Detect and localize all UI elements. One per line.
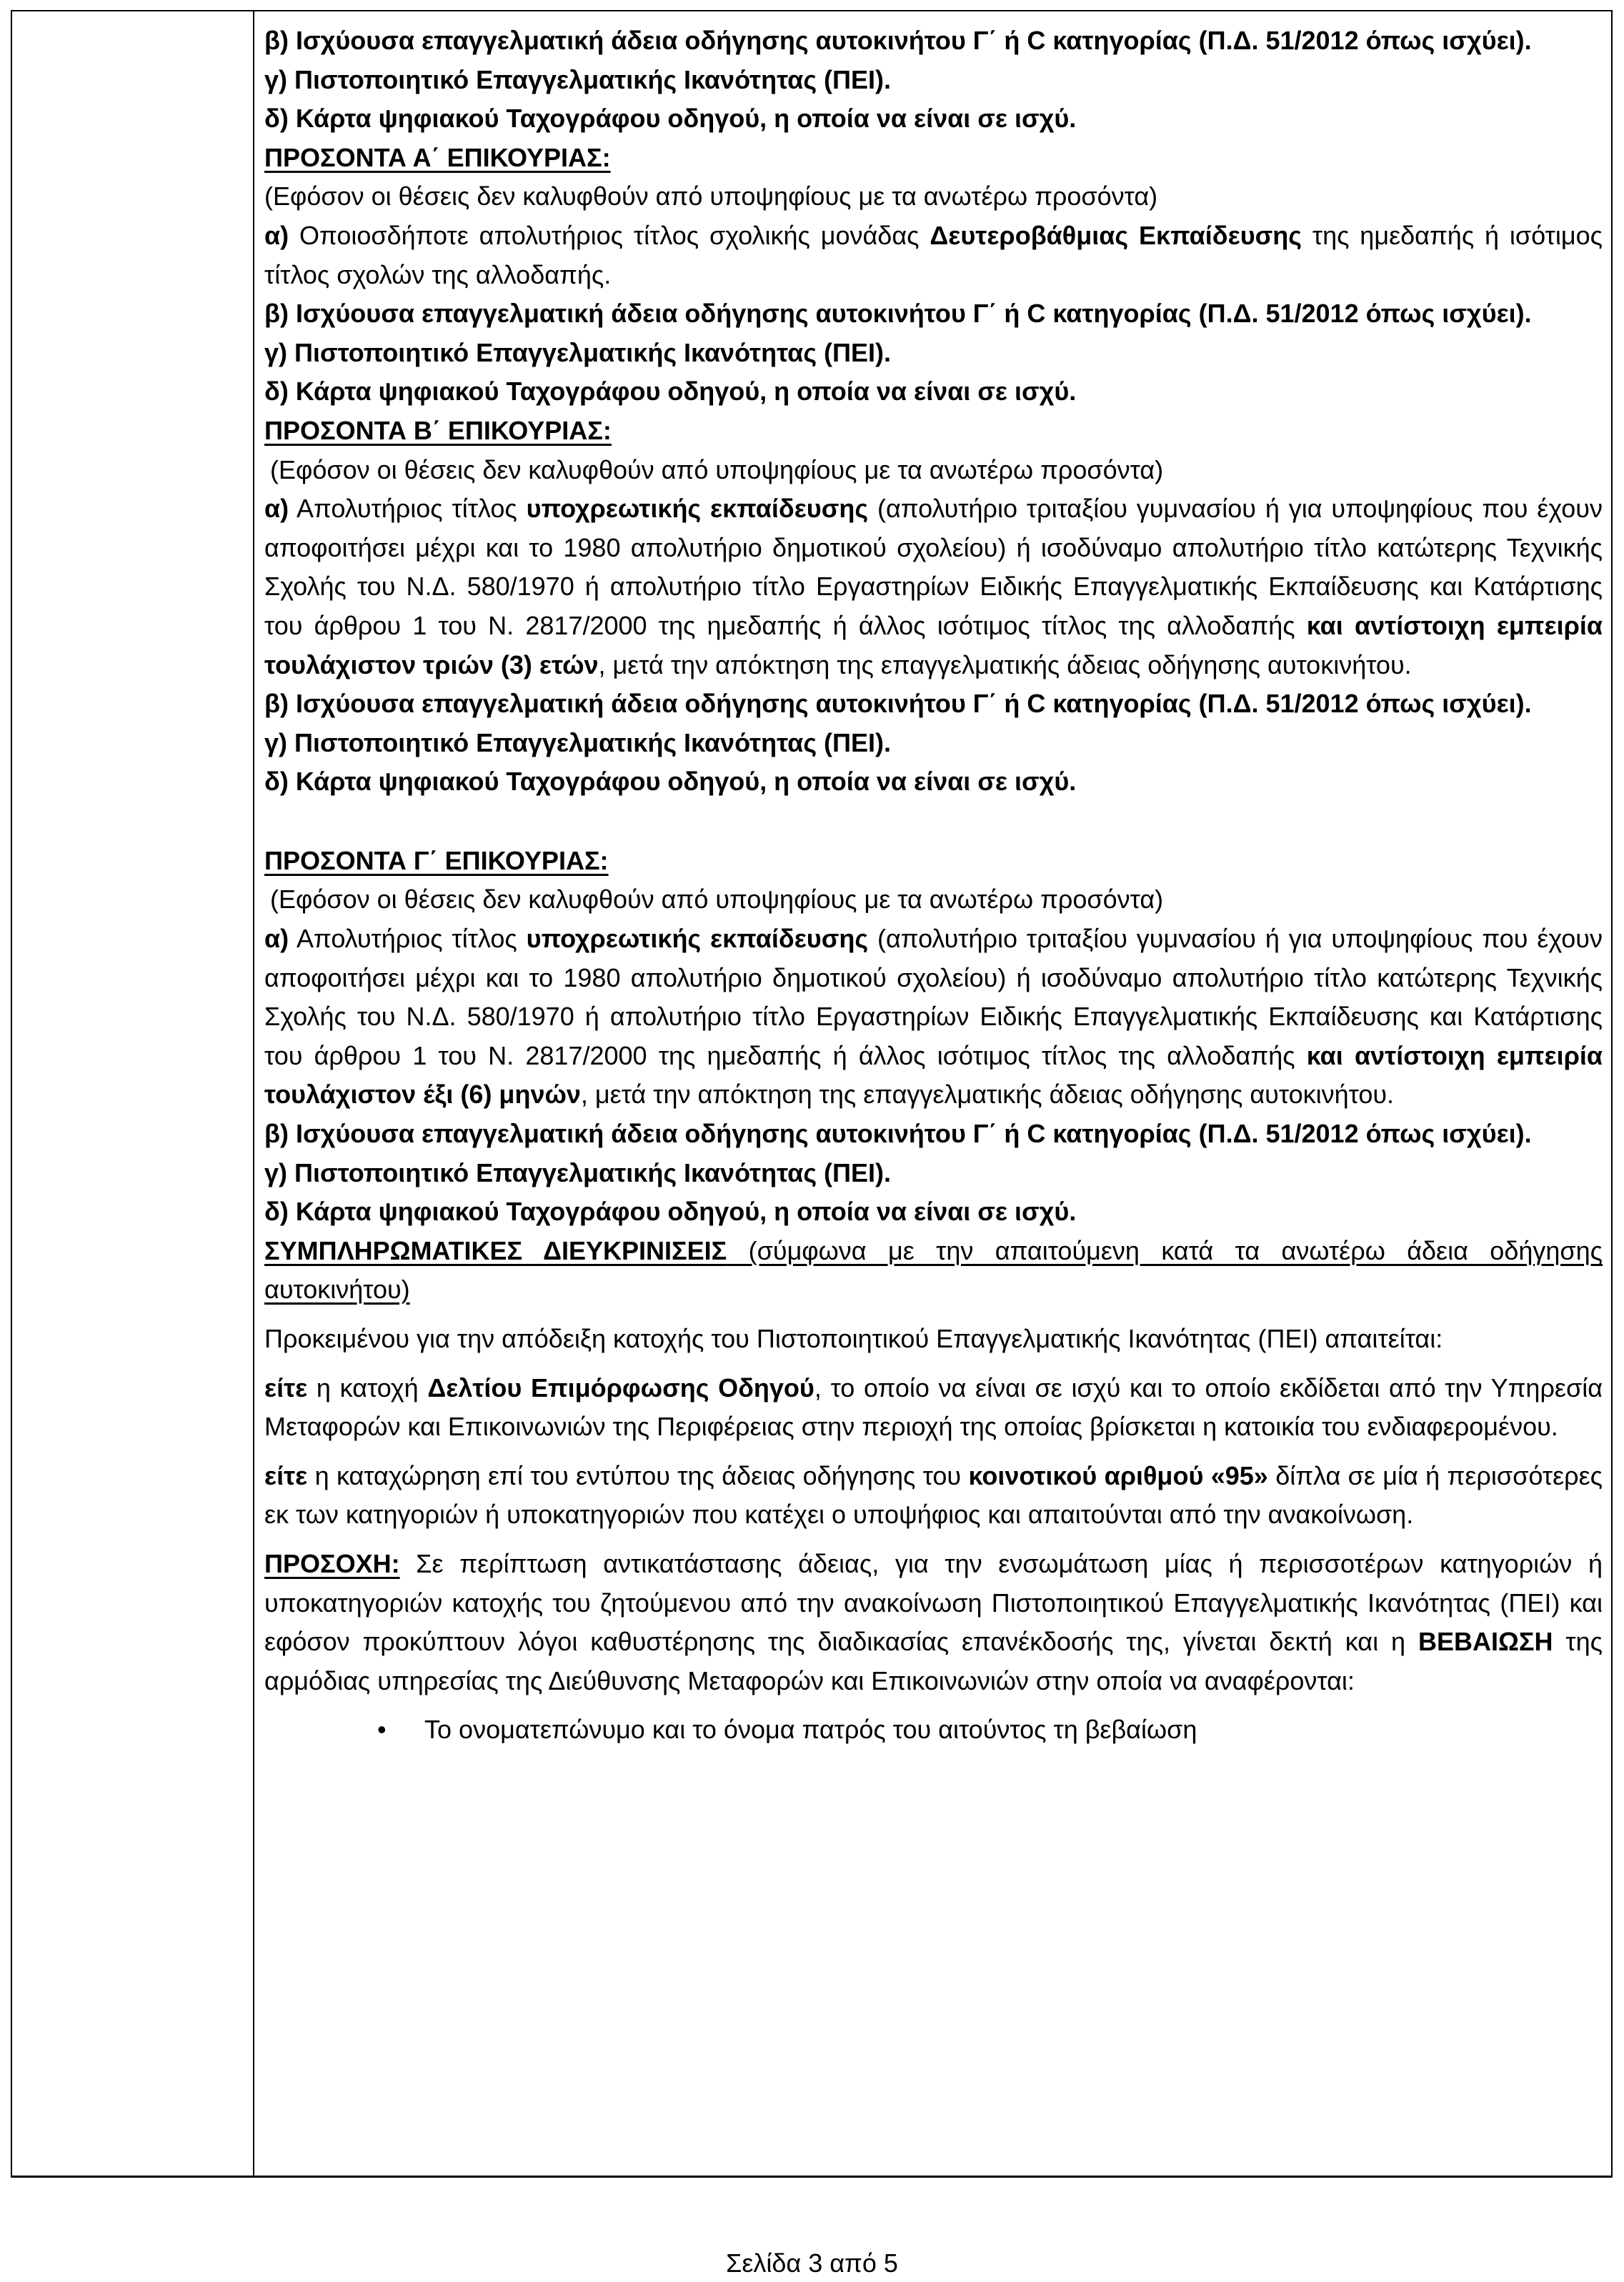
paragraph: β) Ισχύουσα επαγγελματική άδεια οδήγησης…: [264, 684, 1603, 724]
text-segment: γ) Πιστοποιητικό Επαγγελματικής Ικανότητ…: [264, 338, 891, 367]
text-segment: ΠΡΟΣΟΧΗ:: [264, 1549, 400, 1578]
paragraph: Προκειμένου για την απόδειξη κατοχής του…: [264, 1320, 1603, 1359]
section-heading: ΠΡΟΣΟΝΤΑ Β΄ ΕΠΙΚΟΥΡΙΑΣ:: [264, 412, 1603, 451]
blank-line: [264, 802, 1603, 842]
paragraph: γ) Πιστοποιητικό Επαγγελματικής Ικανότητ…: [264, 61, 1603, 100]
text-segment: Σε περίπτωση αντικατάστασης άδειας, για …: [264, 1549, 1603, 1656]
text-segment: Οποιοσδήποτε απολυτήριος τίτλος σχολικής…: [289, 221, 930, 250]
list-item-text: Το ονοματεπώνυμο και το όνομα πατρός του…: [424, 1715, 1197, 1744]
text-segment: β) Ισχύουσα επαγγελματική άδεια οδήγησης…: [264, 1119, 1532, 1148]
text-segment: , μετά την απόκτηση της επαγγελματικής ά…: [581, 1080, 1394, 1109]
paragraph: είτε η κατοχή Δελτίου Επιμόρφωσης Οδηγού…: [264, 1369, 1603, 1447]
paragraph: είτε η καταχώρηση επί του εντύπου της άδ…: [264, 1457, 1603, 1535]
table-left-column: [12, 11, 254, 2176]
bullet-dot-icon: •: [377, 1710, 387, 1750]
requirements-table: β) Ισχύουσα επαγγελματική άδεια οδήγησης…: [11, 10, 1613, 2178]
text-segment: α): [264, 924, 289, 953]
paragraph: α) Απολυτήριος τίτλος υποχρεωτικής εκπαί…: [264, 489, 1603, 684]
text-segment: υποχρεωτικής εκπαίδευσης: [527, 494, 868, 523]
text-segment: κοινοτικού αριθμού «95»: [968, 1461, 1267, 1490]
text-segment: Απολυτήριος τίτλος: [289, 924, 526, 953]
paragraph: β) Ισχύουσα επαγγελματική άδεια οδήγησης…: [264, 21, 1603, 61]
text-segment: η κατοχή: [307, 1373, 427, 1402]
paragraph: δ) Κάρτα ψηφιακού Ταχογράφου οδηγού, η ο…: [264, 99, 1603, 139]
text-segment: γ) Πιστοποιητικό Επαγγελματικής Ικανότητ…: [264, 728, 891, 757]
table-content-cell: β) Ισχύουσα επαγγελματική άδεια οδήγησης…: [254, 11, 1611, 2176]
paragraph: δ) Κάρτα ψηφιακού Ταχογράφου οδηγού, η ο…: [264, 372, 1603, 412]
paragraph: α) Οποιοσδήποτε απολυτήριος τίτλος σχολι…: [264, 216, 1603, 294]
paragraph: α) Απολυτήριος τίτλος υποχρεωτικής εκπαί…: [264, 920, 1603, 1115]
section-note: (Εφόσον οι θέσεις δεν καλυφθούν από υποψ…: [264, 880, 1603, 920]
section-note: (Εφόσον οι θέσεις δεν καλυφθούν από υποψ…: [264, 451, 1603, 490]
text-segment: δ) Κάρτα ψηφιακού Ταχογράφου οδηγού, η ο…: [264, 1197, 1076, 1226]
text-segment: είτε: [264, 1373, 307, 1402]
text-segment: , μετά την απόκτηση της επαγγελματικής ά…: [599, 650, 1412, 679]
text-segment: ΒΕΒΑΙΩΣΗ: [1418, 1627, 1553, 1656]
paragraph: γ) Πιστοποιητικό Επαγγελματικής Ικανότητ…: [264, 1154, 1603, 1193]
text-segment: α): [264, 494, 289, 523]
text-segment: η καταχώρηση επί του εντύπου της άδειας …: [307, 1461, 968, 1490]
page-number-footer: Σελίδα 3 από 5: [0, 2248, 1624, 2279]
text-segment: δ) Κάρτα ψηφιακού Ταχογράφου οδηγού, η ο…: [264, 767, 1076, 796]
text-segment: υποχρεωτικής εκπαίδευσης: [527, 924, 868, 953]
bullet-list: •Το ονοματεπώνυμο και το όνομα πατρός το…: [264, 1710, 1603, 1750]
section-heading: ΠΡΟΣΟΝΤΑ Α΄ ΕΠΙΚΟΥΡΙΑΣ:: [264, 139, 1603, 178]
text-segment: β) Ισχύουσα επαγγελματική άδεια οδήγησης…: [264, 689, 1532, 718]
paragraph: δ) Κάρτα ψηφιακού Ταχογράφου οδηγού, η ο…: [264, 1192, 1603, 1232]
paragraph: β) Ισχύουσα επαγγελματική άδεια οδήγησης…: [264, 1115, 1603, 1154]
text-segment: α): [264, 221, 289, 250]
text-segment: γ) Πιστοποιητικό Επαγγελματικής Ικανότητ…: [264, 1158, 891, 1187]
paragraph: δ) Κάρτα ψηφιακού Ταχογράφου οδηγού, η ο…: [264, 762, 1603, 802]
text-segment: γ) Πιστοποιητικό Επαγγελματικής Ικανότητ…: [264, 65, 891, 94]
text-segment: είτε: [264, 1461, 307, 1490]
text-segment: Δευτεροβάθμιας Εκπαίδευσης: [930, 221, 1302, 250]
paragraph: γ) Πιστοποιητικό Επαγγελματικής Ικανότητ…: [264, 334, 1603, 373]
text-segment: ΣΥΜΠΛΗΡΩΜΑΤΙΚΕΣ ΔΙΕΥΚΡΙΝΙΣΕΙΣ: [264, 1236, 727, 1265]
paragraph: ΣΥΜΠΛΗΡΩΜΑΤΙΚΕΣ ΔΙΕΥΚΡΙΝΙΣΕΙΣ (σύμφωνα μ…: [264, 1232, 1603, 1310]
paragraph: ΠΡΟΣΟΧΗ: Σε περίπτωση αντικατάστασης άδε…: [264, 1545, 1603, 1700]
paragraph: γ) Πιστοποιητικό Επαγγελματικής Ικανότητ…: [264, 724, 1603, 763]
paragraph: β) Ισχύουσα επαγγελματική άδεια οδήγησης…: [264, 294, 1603, 334]
text-segment: β) Ισχύουσα επαγγελματική άδεια οδήγησης…: [264, 26, 1532, 55]
text-segment: Απολυτήριος τίτλος: [289, 494, 526, 523]
section-heading: ΠΡΟΣΟΝΤΑ Γ΄ ΕΠΙΚΟΥΡΙΑΣ:: [264, 842, 1603, 881]
section-note: (Εφόσον οι θέσεις δεν καλυφθούν από υποψ…: [264, 177, 1603, 216]
text-segment: δ) Κάρτα ψηφιακού Ταχογράφου οδηγού, η ο…: [264, 104, 1076, 133]
list-item: •Το ονοματεπώνυμο και το όνομα πατρός το…: [264, 1710, 1603, 1750]
text-segment: δ) Κάρτα ψηφιακού Ταχογράφου οδηγού, η ο…: [264, 377, 1076, 406]
text-segment: Δελτίου Επιμόρφωσης Οδηγού: [427, 1373, 815, 1402]
text-segment: β) Ισχύουσα επαγγελματική άδεια οδήγησης…: [264, 299, 1532, 328]
text-segment: Προκειμένου για την απόδειξη κατοχής του…: [264, 1324, 1443, 1353]
